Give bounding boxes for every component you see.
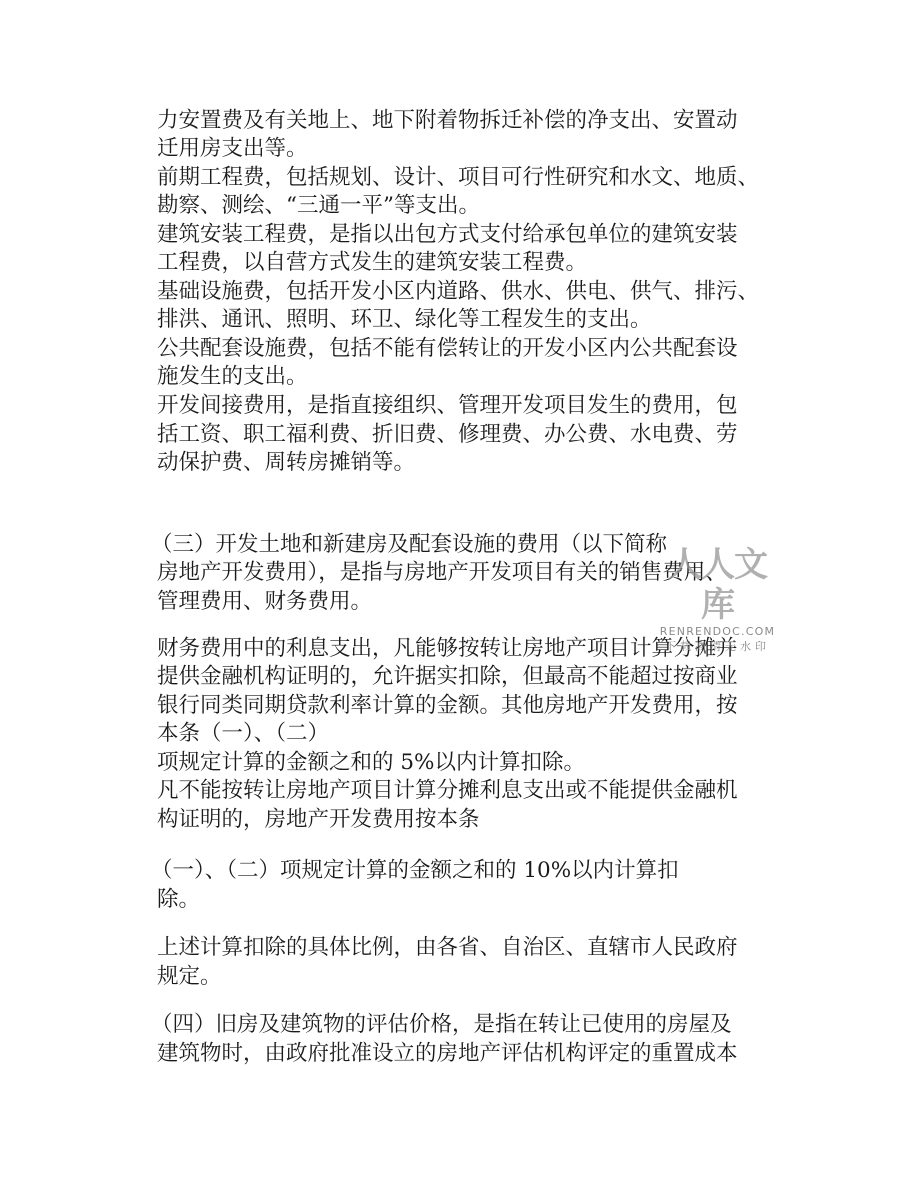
text-line: 规定。	[157, 965, 222, 989]
text-line: 管理费用、财务费用。	[157, 590, 372, 614]
text-line: 力安置费及有关地上、地下附着物拆迁补偿的净支出、安置动	[157, 109, 738, 133]
text-line: 排洪、通讯、照明、环卫、绿化等工程发生的支出。	[157, 308, 652, 332]
text-line: 基础设施费，包括开发小区内道路、供水、供电、供气、排污、	[157, 280, 759, 304]
document-page: 力安置费及有关地上、地下附着物拆迁补偿的净支出、安置动 迁用房支出等。 前期工程…	[0, 0, 920, 1192]
text-line: 财务费用中的利息支出，凡能够按转让房地产项目计算分摊并	[157, 637, 738, 661]
text-line: 项规定计算的金额之和的 5%以内计算扣除。	[157, 751, 585, 775]
text-line: 除。	[157, 888, 200, 912]
text-line: 工程费，以自营方式发生的建筑安装工程费。	[157, 251, 587, 275]
text-line: 凡不能按转让房地产项目计算分摊利息支出或不能提供金融机	[157, 779, 738, 803]
text-line: 房地产开发费用），是指与房地产开发项目有关的销售费用、	[157, 561, 727, 585]
text-line: 公共配套设施费，包括不能有偿转让的开发小区内公共配套设	[157, 337, 738, 361]
text-line: 上述计算扣除的具体比例，由各省、自治区、直辖市人民政府	[157, 936, 738, 960]
section-heading-4: （四）旧房及建筑物的评估价格，是指在转让已使用的房屋及	[151, 1013, 732, 1037]
section-heading-3: （三）开发土地和新建房及配套设施的费用（以下简称	[151, 533, 667, 557]
text-line: 构证明的，房地产开发费用按本条	[157, 808, 480, 832]
text-line: 建筑物时，由政府批准设立的房地产评估机构评定的重置成本	[157, 1042, 738, 1066]
text-line: 提供金融机构证明的，允许据实扣除，但最高不能超过按商业	[157, 665, 738, 689]
text-line: 迁用房支出等。	[157, 137, 308, 161]
text-line: 建筑安装工程费，是指以出包方式支付给承包单位的建筑安装	[157, 223, 738, 247]
text-line: 银行同类同期贷款利率计算的金额。其他房地产开发费用，按	[157, 694, 738, 718]
text-line: 本条（一）、（二）	[157, 722, 329, 746]
watermark-logo: 人人文库	[655, 545, 780, 625]
text-line: 括工资、职工福利费、折旧费、修理费、办公费、水电费、劳	[157, 423, 738, 447]
text-line: 勘察、测绘、“三通一平”等支出。	[157, 194, 480, 218]
text-line: 施发生的支出。	[157, 365, 308, 389]
text-line: （一）、（二）项规定计算的金额之和的 10%以内计算扣	[151, 859, 679, 883]
text-line: 前期工程费，包括规划、设计、项目可行性研究和水文、地质、	[157, 166, 759, 190]
text-line: 动保护费、周转房摊销等。	[157, 451, 415, 475]
text-line: 开发间接费用，是指直接组织、管理开发项目发生的费用，包	[157, 394, 738, 418]
